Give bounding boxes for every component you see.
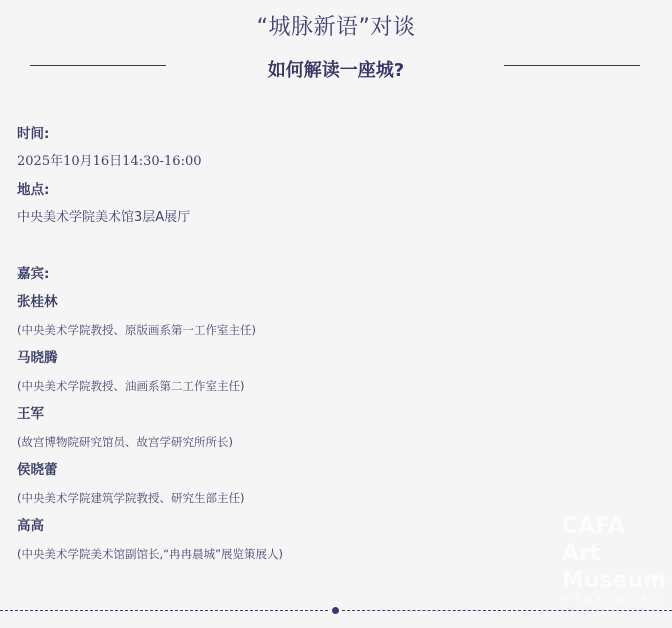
guest-name: 马晓腾 (17, 349, 58, 367)
guest-title: (中央美术学院美术馆副馆长,“冉冉晨城”展览策展人) (17, 546, 283, 562)
title-rule-right (504, 65, 640, 66)
place-value: 中央美术学院美术馆3层A展厅 (17, 209, 190, 227)
guest-title: (中央美术学院教授、油画系第二工作室主任) (17, 378, 244, 394)
event-subtitle: 如何解读一座城? (0, 58, 672, 84)
section-divider (0, 610, 672, 612)
divider-dash-right (342, 610, 672, 611)
watermark-line: Art (562, 540, 666, 567)
divider-dash-left (0, 610, 328, 611)
time-label: 时间: (17, 125, 49, 143)
guest-name: 高高 (17, 517, 44, 535)
guest-title: (中央美术学院教授、原版画系第一工作室主任) (17, 322, 256, 338)
guest-name: 张桂林 (17, 293, 58, 311)
guest-title: (中央美术学院建筑学院教授、研究生部主任) (17, 490, 244, 506)
watermark-line: CAFA (562, 513, 666, 540)
guest-title: (故宫博物院研究馆员、故宫学研究所所长) (17, 434, 233, 450)
guest-name: 侯晓蕾 (17, 461, 58, 479)
event-title: “城脉新语”对谈 (0, 13, 672, 43)
place-label: 地点: (17, 181, 49, 199)
watermark-line: Museum (562, 567, 666, 594)
guests-label: 嘉宾: (17, 265, 49, 283)
time-value: 2025年10月16日14:30-16:00 (17, 153, 202, 171)
watermark-subline: 中央美术学院美术馆 (562, 594, 666, 606)
divider-dot-icon (332, 607, 339, 614)
guest-name: 王军 (17, 405, 44, 423)
cafa-watermark: CAFA Art Museum 中央美术学院美术馆 (562, 513, 666, 606)
